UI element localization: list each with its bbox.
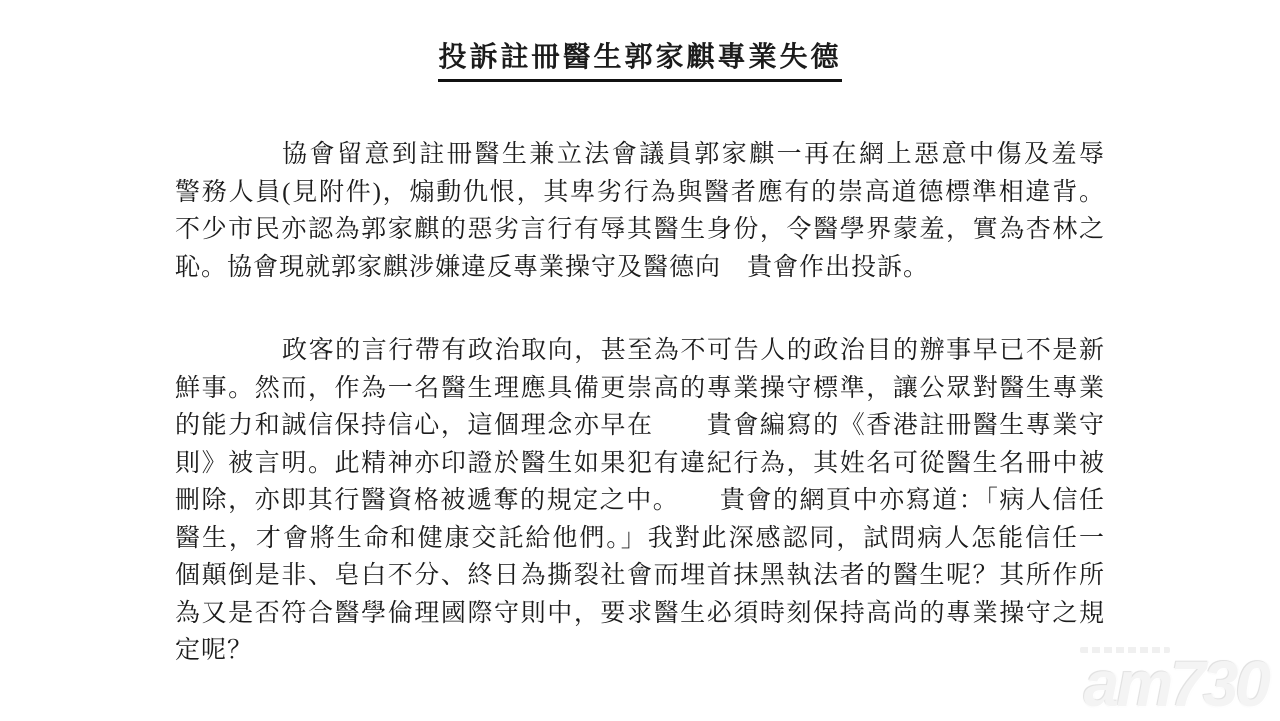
text-line: 的能力和誠信保持信心，這個理念亦早在 貴會編寫的《香港註冊醫生專業守 — [175, 407, 1105, 445]
title-row: 投訴註冊醫生郭家麒專業失德 — [175, 38, 1105, 82]
text-line: 不少市民亦認為郭家麒的惡劣言行有辱其醫生身份，令醫學界蒙羞，實為杏林之 — [175, 211, 1105, 249]
text-line: 刪除，亦即其行醫資格被遞奪的規定之中。 貴會的網頁中亦寫道：「病人信任 — [175, 482, 1105, 520]
text-line: 為又是否符合醫學倫理國際守則中，要求醫生必須時刻保持高尚的專業操守之規 — [175, 595, 1105, 633]
text-line: 個顛倒是非、皂白不分、終日為撕裂社會而埋首抹黑執法者的醫生呢？其所作所 — [175, 557, 1105, 595]
text-line: 恥。協會現就郭家麒涉嫌違反專業操守及醫德向 貴會作出投訴。 — [175, 249, 1105, 287]
document-title: 投訴註冊醫生郭家麒專業失德 — [438, 38, 841, 82]
text-line: 定呢？ — [175, 632, 1105, 670]
text-line: 醫生，才會將生命和健康交託給他們。」我對此深感認同，試問病人怎能信任一 — [175, 520, 1105, 558]
paragraph-2: 政客的言行帶有政治取向，甚至為不可告人的政治目的辦事早已不是新 鮮事。然而，作為… — [175, 332, 1105, 670]
text-line: 則》被言明。此精神亦印證於醫生如果犯有違紀行為，其姓名可從醫生名冊中被 — [175, 445, 1105, 483]
text-line: 協會留意到註冊醫生兼立法會議員郭家麒一再在網上惡意中傷及羞辱 — [175, 136, 1105, 174]
am730-logo: am730 — [1084, 649, 1268, 719]
text-line: 警務人員(見附件)，煽動仇恨，其卑劣行為與醫者應有的崇高道德標準相違背。 — [175, 174, 1105, 212]
document-page: 投訴註冊醫生郭家麒專業失德 協會留意到註冊醫生兼立法會議員郭家麒一再在網上惡意中… — [0, 0, 1280, 721]
letter-body: 投訴註冊醫生郭家麒專業失德 協會留意到註冊醫生兼立法會議員郭家麒一再在網上惡意中… — [175, 38, 1105, 670]
paragraph-1: 協會留意到註冊醫生兼立法會議員郭家麒一再在網上惡意中傷及羞辱 警務人員(見附件)… — [175, 136, 1105, 286]
text-line: 鮮事。然而，作為一名醫生理應具備更崇高的專業操守標準，讓公眾對醫生專業 — [175, 370, 1105, 408]
text-line: 政客的言行帶有政治取向，甚至為不可告人的政治目的辦事早已不是新 — [175, 332, 1105, 370]
